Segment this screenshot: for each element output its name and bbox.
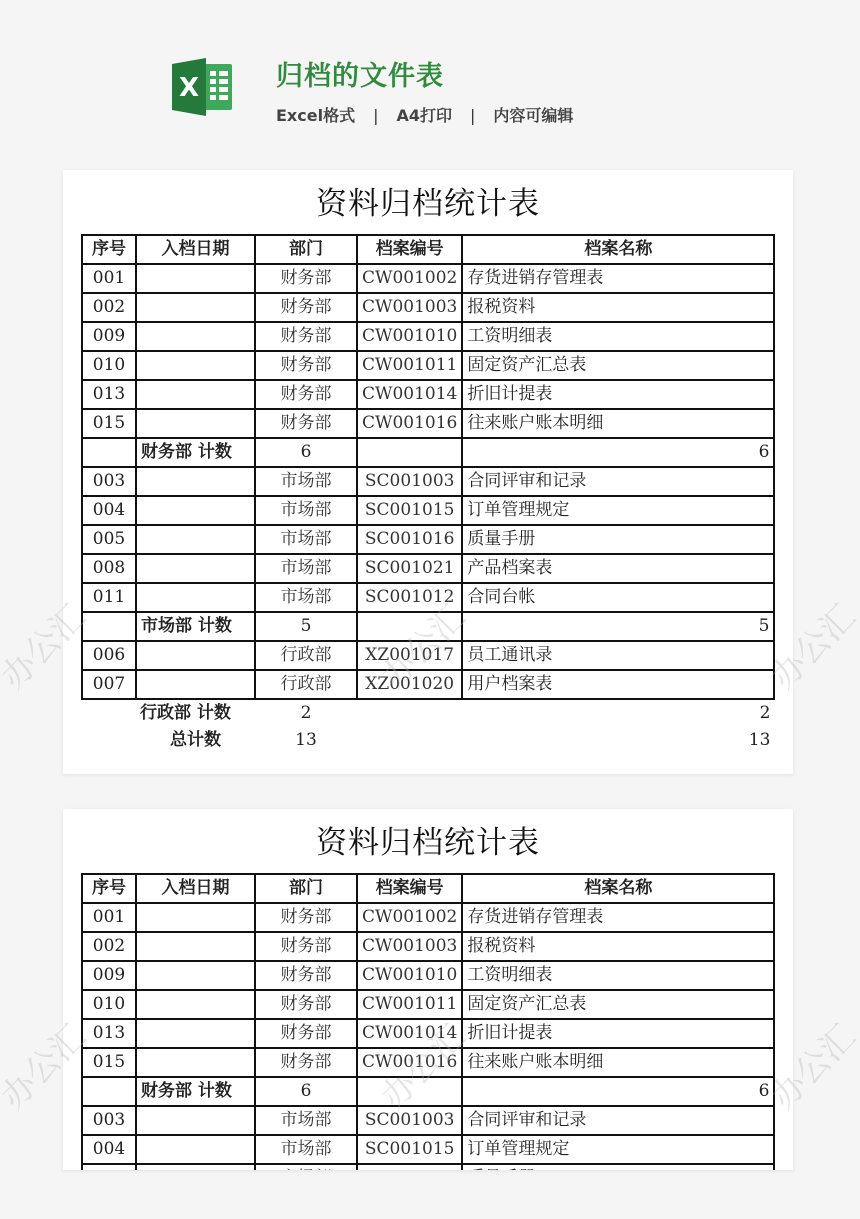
cell-dept: 财务部 <box>255 932 357 961</box>
separator: | <box>470 106 475 125</box>
cell-no: 002 <box>82 293 136 322</box>
cell-date <box>136 322 255 351</box>
cell-empty <box>357 612 462 641</box>
subtotal-count-right: 5 <box>462 612 774 641</box>
subtotal-count-right: 2 <box>462 699 774 727</box>
table-row: 005 市场部 SC001016 质量手册 <box>82 525 774 554</box>
table-row: 009 财务部 CW001010 工资明细表 <box>82 322 774 351</box>
subtotal-row: 财务部 计数 6 6 <box>82 1077 774 1106</box>
cell-empty <box>357 1077 462 1106</box>
cell-name: 工资明细表 <box>462 322 774 351</box>
sheet-preview-1: 资料归档统计表 序号 入档日期 部门 档案编号 档案名称 001 财务部 CW0… <box>63 170 793 774</box>
col-header-code: 档案编号 <box>357 235 462 264</box>
cell-date <box>136 264 255 293</box>
cell-code: CW001003 <box>357 293 462 322</box>
cell-name: 质量手册 <box>462 1164 774 1170</box>
cell-no: 005 <box>82 1164 136 1170</box>
cell-code: CW001003 <box>357 932 462 961</box>
cell-no: 004 <box>82 1135 136 1164</box>
cell-name: 折旧计提表 <box>462 1019 774 1048</box>
table-row: 015 财务部 CW001016 往来账户账本明细 <box>82 409 774 438</box>
cell-empty <box>357 438 462 467</box>
subtotal-row: 市场部 计数 5 5 <box>82 612 774 641</box>
table-row: 001 财务部 CW001002 存货进销存管理表 <box>82 264 774 293</box>
cell-dept: 财务部 <box>255 264 357 293</box>
col-header-date: 入档日期 <box>136 235 255 264</box>
cell-code: CW001011 <box>357 990 462 1019</box>
cell-dept: 财务部 <box>255 380 357 409</box>
cell-code: CW001002 <box>357 903 462 932</box>
cell-no: 004 <box>82 496 136 525</box>
cell-dept: 市场部 <box>255 496 357 525</box>
cell-no: 001 <box>82 264 136 293</box>
subtotal-count: 6 <box>255 1077 357 1106</box>
cell-date <box>136 583 255 612</box>
col-header-dept: 部门 <box>255 874 357 903</box>
cell-code: SC001003 <box>357 1106 462 1135</box>
table-row: 010 财务部 CW001011 固定资产汇总表 <box>82 990 774 1019</box>
cell-name: 工资明细表 <box>462 961 774 990</box>
cell-name: 存货进销存管理表 <box>462 903 774 932</box>
cell-name: 订单管理规定 <box>462 1135 774 1164</box>
archive-table: 序号 入档日期 部门 档案编号 档案名称 001 财务部 CW001002 存货… <box>81 873 775 1170</box>
cell-no: 009 <box>82 322 136 351</box>
cell-code: CW001010 <box>357 961 462 990</box>
total-count-right: 13 <box>462 727 774 754</box>
table-row: 003 市场部 SC001003 合同评审和记录 <box>82 467 774 496</box>
cell-no: 010 <box>82 990 136 1019</box>
cell-code: CW001016 <box>357 409 462 438</box>
cell-date <box>136 409 255 438</box>
col-header-name: 档案名称 <box>462 874 774 903</box>
table-header-row: 序号 入档日期 部门 档案编号 档案名称 <box>82 235 774 264</box>
cell-name: 折旧计提表 <box>462 380 774 409</box>
subtotal-count-right: 6 <box>462 438 774 467</box>
cell-code: SC001021 <box>357 554 462 583</box>
cell-dept: 市场部 <box>255 1164 357 1170</box>
cell-dept: 市场部 <box>255 583 357 612</box>
table-row: 004 市场部 SC001015 订单管理规定 <box>82 496 774 525</box>
col-header-name: 档案名称 <box>462 235 774 264</box>
cell-name: 存货进销存管理表 <box>462 264 774 293</box>
cell-date <box>136 932 255 961</box>
table-row: 002 财务部 CW001003 报税资料 <box>82 932 774 961</box>
cell-name: 合同评审和记录 <box>462 467 774 496</box>
separator: | <box>373 106 378 125</box>
table-row: 006 行政部 XZ001017 员工通讯录 <box>82 641 774 670</box>
cell-date <box>136 1019 255 1048</box>
table-row: 004 市场部 SC001015 订单管理规定 <box>82 1135 774 1164</box>
cell-no: 005 <box>82 525 136 554</box>
cell-dept: 市场部 <box>255 1135 357 1164</box>
cell-code: CW001002 <box>357 264 462 293</box>
subtotal-label: 财务部 计数 <box>136 1077 255 1106</box>
subtotal-row: 财务部 计数 6 6 <box>82 438 774 467</box>
document-title: 归档的文件表 <box>276 54 444 93</box>
table-row: 015 财务部 CW001016 往来账户账本明细 <box>82 1048 774 1077</box>
document-tags: Excel格式|A4打印|内容可编辑 <box>276 103 573 126</box>
cell-dept: 财务部 <box>255 990 357 1019</box>
col-header-code: 档案编号 <box>357 874 462 903</box>
col-header-no: 序号 <box>82 235 136 264</box>
cell-date <box>136 1135 255 1164</box>
cell-no: 010 <box>82 351 136 380</box>
cell-empty <box>357 727 462 754</box>
col-header-date: 入档日期 <box>136 874 255 903</box>
col-header-no: 序号 <box>82 874 136 903</box>
cell-dept: 财务部 <box>255 322 357 351</box>
cell-no: 015 <box>82 1048 136 1077</box>
cell-no: 013 <box>82 380 136 409</box>
cell-no: 001 <box>82 903 136 932</box>
cell-date <box>136 554 255 583</box>
sheet-preview-2: 资料归档统计表 序号 入档日期 部门 档案编号 档案名称 001 财务部 CW0… <box>63 809 793 1170</box>
table-row: 009 财务部 CW001010 工资明细表 <box>82 961 774 990</box>
cell-no: 015 <box>82 409 136 438</box>
cell-no: 006 <box>82 641 136 670</box>
cell-dept: 财务部 <box>255 409 357 438</box>
cell-date <box>136 467 255 496</box>
cell-date <box>136 525 255 554</box>
cell-code: SC001015 <box>357 496 462 525</box>
excel-icon: X <box>172 58 234 116</box>
cell-name: 合同评审和记录 <box>462 1106 774 1135</box>
tag-editable: 内容可编辑 <box>493 106 573 125</box>
cell-name: 用户档案表 <box>462 670 774 699</box>
cell-code: CW001011 <box>357 351 462 380</box>
cell-empty <box>82 612 136 641</box>
sheet-title: 资料归档统计表 <box>63 178 793 223</box>
cell-code: SC001016 <box>357 525 462 554</box>
cell-code: SC001015 <box>357 1135 462 1164</box>
cell-code: CW001016 <box>357 1048 462 1077</box>
subtotal-row: 行政部 计数 2 2 <box>82 699 774 727</box>
cell-code: CW001010 <box>357 322 462 351</box>
tag-print: A4打印 <box>396 106 452 125</box>
table-row: 008 市场部 SC001021 产品档案表 <box>82 554 774 583</box>
cell-dept: 行政部 <box>255 641 357 670</box>
cell-no: 002 <box>82 932 136 961</box>
cell-date <box>136 1164 255 1170</box>
cell-empty <box>82 727 136 754</box>
cell-no: 007 <box>82 670 136 699</box>
cell-no: 008 <box>82 554 136 583</box>
cell-no: 003 <box>82 467 136 496</box>
cell-code: XZ001017 <box>357 641 462 670</box>
cell-date <box>136 380 255 409</box>
subtotal-count-right: 6 <box>462 1077 774 1106</box>
cell-dept: 财务部 <box>255 293 357 322</box>
cell-date <box>136 903 255 932</box>
cell-dept: 财务部 <box>255 351 357 380</box>
sheet-title: 资料归档统计表 <box>63 817 793 862</box>
cell-code: XZ001020 <box>357 670 462 699</box>
table-row: 013 财务部 CW001014 折旧计提表 <box>82 380 774 409</box>
cell-no: 013 <box>82 1019 136 1048</box>
tag-format: Excel格式 <box>276 106 355 125</box>
cell-no: 009 <box>82 961 136 990</box>
table-row: 011 市场部 SC001012 合同台帐 <box>82 583 774 612</box>
cell-name: 往来账户账本明细 <box>462 1048 774 1077</box>
svg-text:X: X <box>179 73 199 103</box>
cell-dept: 财务部 <box>255 903 357 932</box>
table-row: 002 财务部 CW001003 报税资料 <box>82 293 774 322</box>
cell-empty <box>357 699 462 727</box>
cell-name: 员工通讯录 <box>462 641 774 670</box>
cell-dept: 行政部 <box>255 670 357 699</box>
cell-empty <box>82 1077 136 1106</box>
cell-name: 往来账户账本明细 <box>462 409 774 438</box>
cell-name: 订单管理规定 <box>462 496 774 525</box>
cell-no: 011 <box>82 583 136 612</box>
cell-dept: 财务部 <box>255 1048 357 1077</box>
cell-dept: 财务部 <box>255 961 357 990</box>
cell-date <box>136 670 255 699</box>
subtotal-label: 行政部 计数 <box>136 699 255 727</box>
cell-code: SC001003 <box>357 467 462 496</box>
total-count: 13 <box>255 727 357 754</box>
cell-date <box>136 1106 255 1135</box>
cell-dept: 市场部 <box>255 467 357 496</box>
total-row: 总计数 13 13 <box>82 727 774 754</box>
cell-empty <box>82 699 136 727</box>
cell-name: 报税资料 <box>462 293 774 322</box>
col-header-dept: 部门 <box>255 235 357 264</box>
cell-date <box>136 961 255 990</box>
cell-date <box>136 1048 255 1077</box>
archive-table: 序号 入档日期 部门 档案编号 档案名称 001 财务部 CW001002 存货… <box>81 234 775 754</box>
cell-dept: 市场部 <box>255 554 357 583</box>
subtotal-label: 市场部 计数 <box>136 612 255 641</box>
table-row: 005 市场部 SC001016 质量手册 <box>82 1164 774 1170</box>
cell-dept: 财务部 <box>255 1019 357 1048</box>
subtotal-label: 财务部 计数 <box>136 438 255 467</box>
table-header-row: 序号 入档日期 部门 档案编号 档案名称 <box>82 874 774 903</box>
cell-code: CW001014 <box>357 1019 462 1048</box>
cell-date <box>136 990 255 1019</box>
cell-date <box>136 641 255 670</box>
cell-code: CW001014 <box>357 380 462 409</box>
cell-date <box>136 496 255 525</box>
total-label: 总计数 <box>136 727 255 754</box>
subtotal-count: 5 <box>255 612 357 641</box>
cell-empty <box>82 438 136 467</box>
cell-date <box>136 351 255 380</box>
cell-name: 报税资料 <box>462 932 774 961</box>
cell-dept: 市场部 <box>255 525 357 554</box>
cell-name: 固定资产汇总表 <box>462 990 774 1019</box>
table-row: 010 财务部 CW001011 固定资产汇总表 <box>82 351 774 380</box>
subtotal-count: 2 <box>255 699 357 727</box>
cell-date <box>136 293 255 322</box>
cell-no: 003 <box>82 1106 136 1135</box>
table-row: 003 市场部 SC001003 合同评审和记录 <box>82 1106 774 1135</box>
cell-dept: 市场部 <box>255 1106 357 1135</box>
cell-name: 固定资产汇总表 <box>462 351 774 380</box>
cell-code: SC001012 <box>357 583 462 612</box>
cell-name: 合同台帐 <box>462 583 774 612</box>
table-row: 001 财务部 CW001002 存货进销存管理表 <box>82 903 774 932</box>
cell-name: 质量手册 <box>462 525 774 554</box>
table-row: 013 财务部 CW001014 折旧计提表 <box>82 1019 774 1048</box>
cell-code: SC001016 <box>357 1164 462 1170</box>
cell-name: 产品档案表 <box>462 554 774 583</box>
page-header: X 归档的文件表 Excel格式|A4打印|内容可编辑 <box>0 0 860 160</box>
subtotal-count: 6 <box>255 438 357 467</box>
table-row: 007 行政部 XZ001020 用户档案表 <box>82 670 774 699</box>
